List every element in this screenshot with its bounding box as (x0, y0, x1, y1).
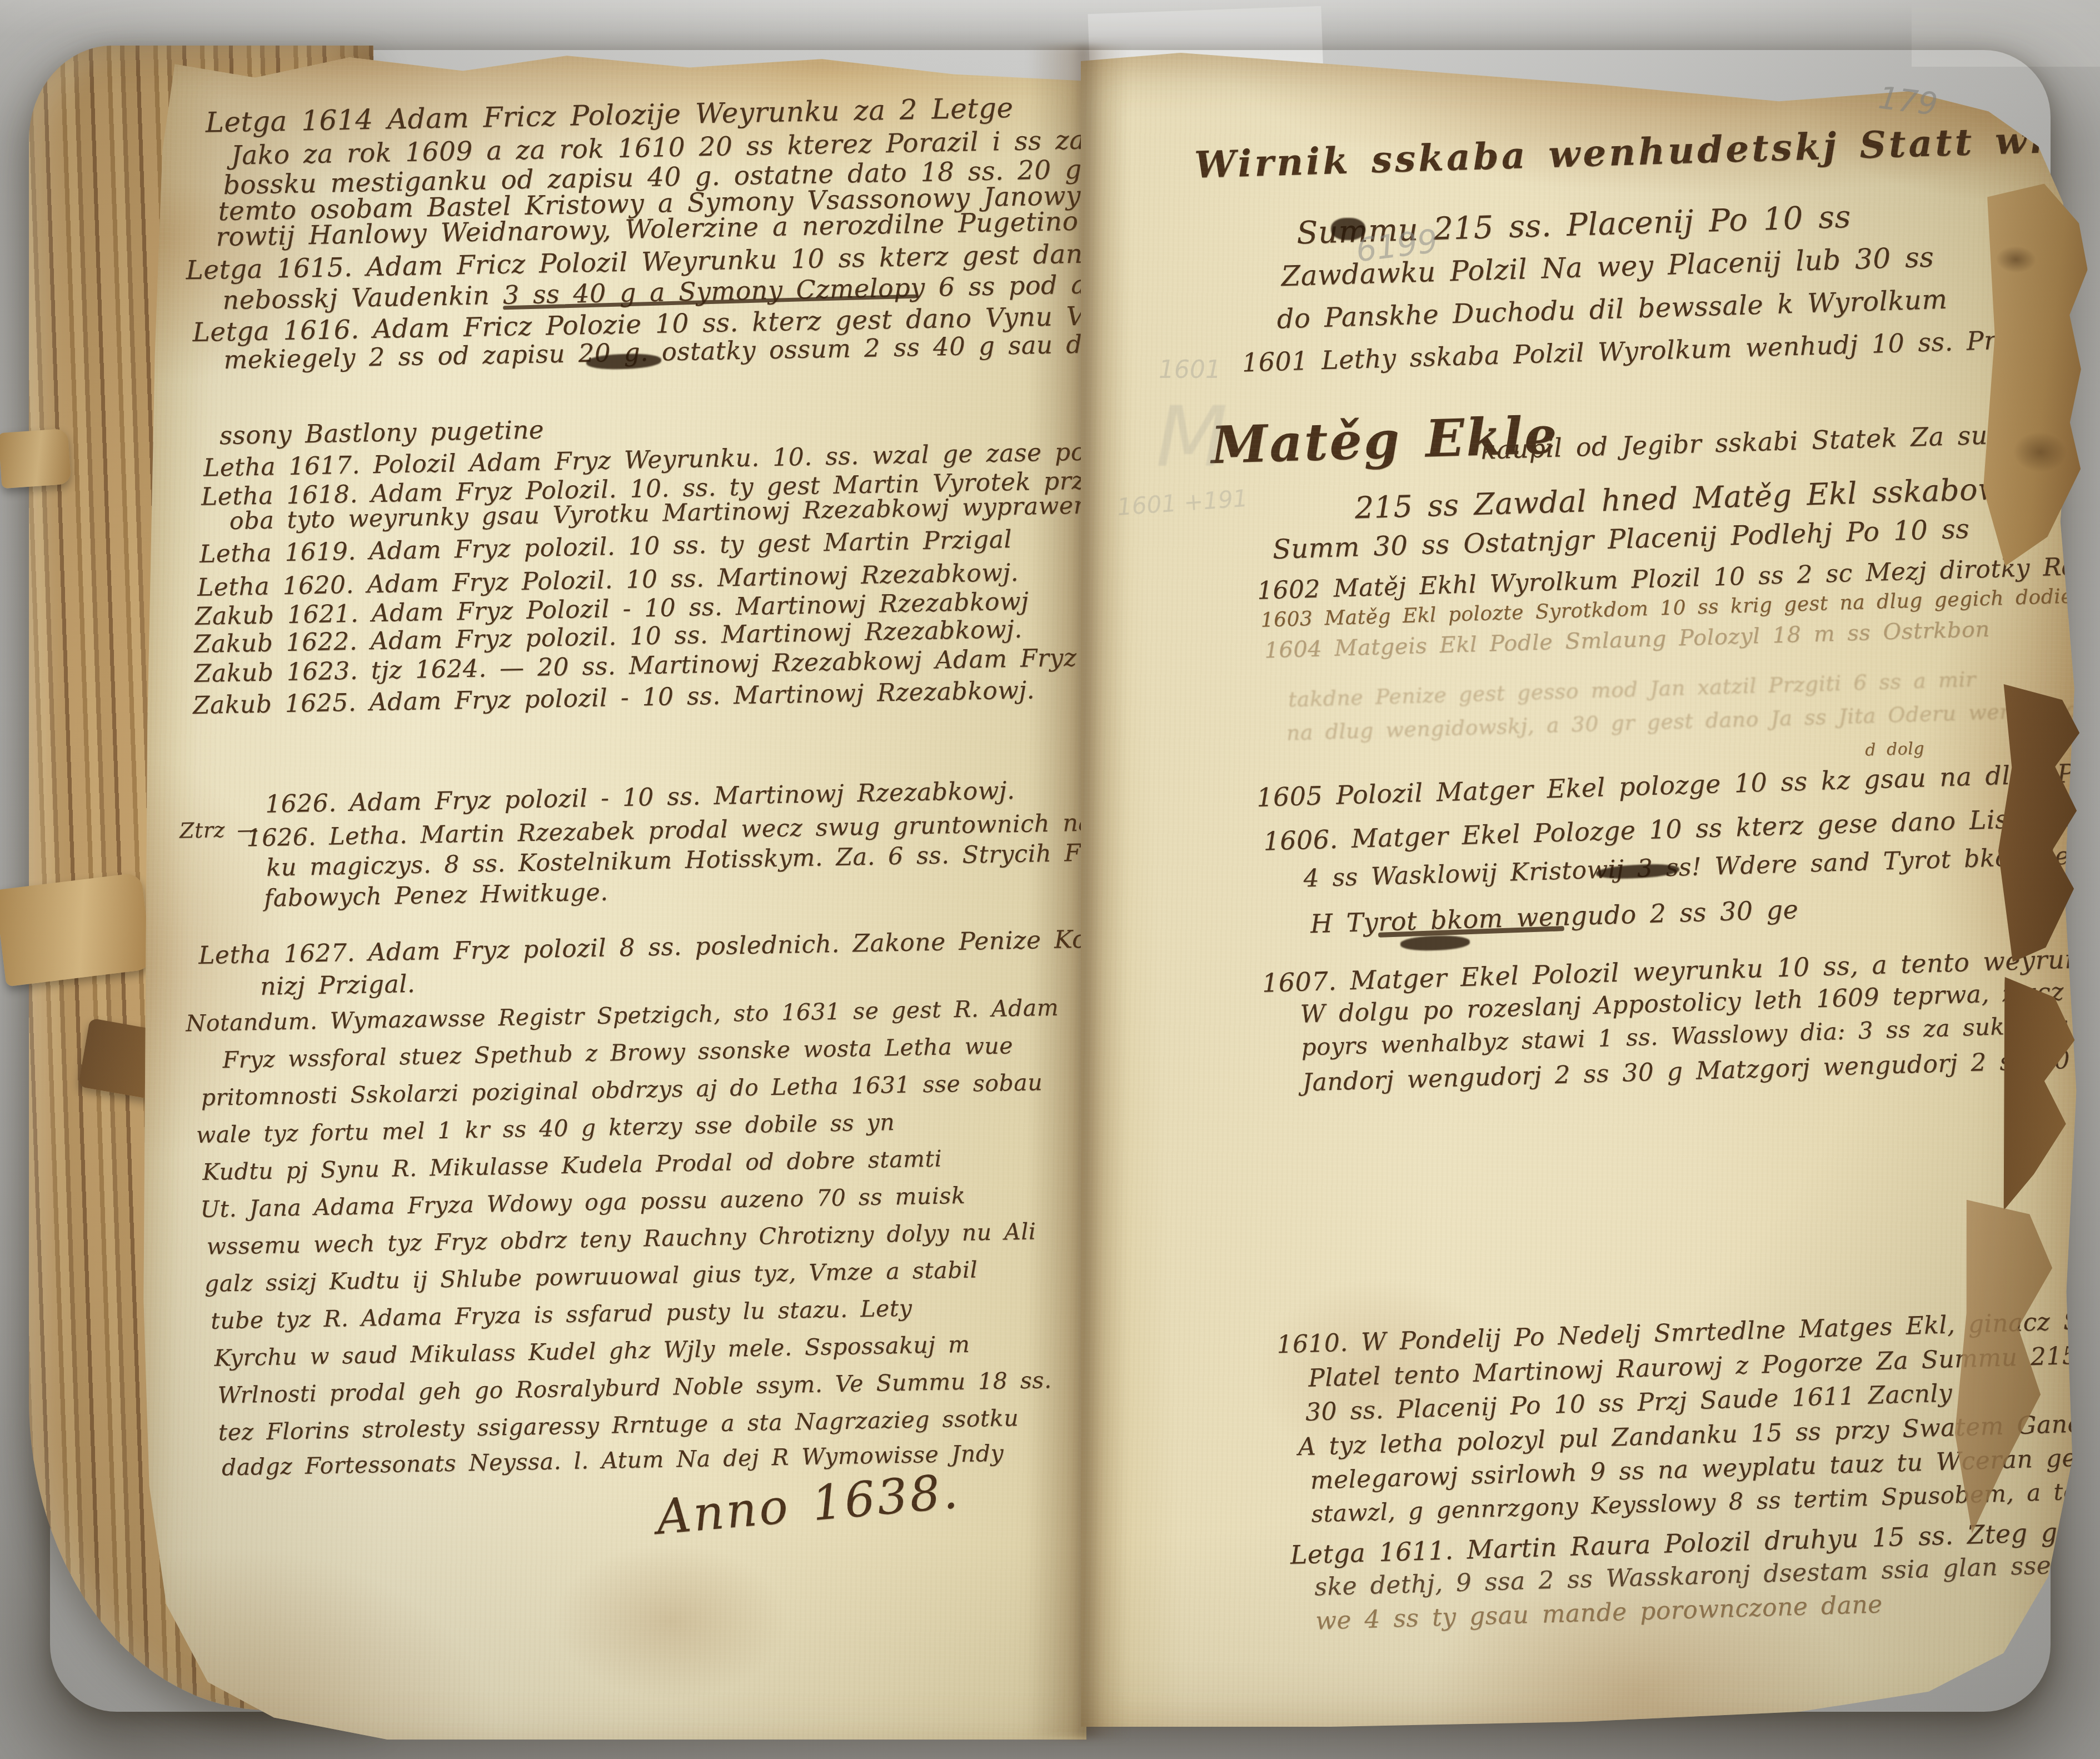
leather-tab (0, 873, 153, 987)
manuscript-line: ssony Bastlony pugetine (220, 415, 545, 450)
year-signature: Anno 1638. (654, 1463, 962, 1546)
interlinear-note: d dolg (1865, 739, 1925, 760)
manuscript-line: galz ssizj Kudtu ij Shlube powruuowal gi… (204, 1256, 978, 1297)
leather-tab (0, 428, 71, 489)
manuscript-line: 1605 Polozil Matger Ekel polozge 10 ss k… (1256, 755, 2100, 813)
torn-edge-fragment (1996, 683, 2084, 963)
manuscript-line: nizj Przigal. (260, 970, 416, 1001)
manuscript-line: pritomnosti Sskolarzi poziginal obdrzys … (201, 1069, 1042, 1111)
left-page-content: Letga 1614 Adam Fricz Polozije Weyrunku … (140, 34, 1115, 1742)
manuscript-line: tube tyz R. Adama Fryza is ssfarud pusty… (211, 1295, 912, 1334)
manuscript-line: Wrlnosti prodal geh go Rosralyburd Noble… (217, 1367, 1052, 1408)
manuscript-line: Letha 1627. Adam Fryz polozil 8 ss. posl… (198, 924, 1133, 970)
manuscript-line: Kyrchu w saud Mikulass Kudel ghz Wjly me… (214, 1331, 970, 1372)
margin-note: Ztrz — (179, 817, 259, 843)
manuscript-line: Kudtu pj Synu R. Mikulasse Kudela Prodal… (202, 1145, 942, 1185)
manuscript-line: Ut. Jana Adama Fryza Wdowy oga possu auz… (200, 1182, 966, 1223)
manuscript-line: kaupil od Jegibr sskabi Statek Za summ. (1480, 418, 2046, 465)
torn-edge-fragment (1974, 182, 2091, 569)
pencil-page-number: 179 (1876, 80, 1939, 123)
right-page: Wirnik sskaba wenhudetskj Statt wrgel Za… (1081, 53, 2078, 1727)
manuscript-line: wssemu wech tyz Fryz obdrz teny Rauchny … (206, 1218, 1036, 1260)
manuscript-line: fabowych Penez Hwitkuge. (264, 879, 608, 913)
book-gutter-shadow (1028, 46, 1128, 1738)
manuscript-line: Fryz wssforal stuez Spethub z Browy sson… (222, 1032, 1013, 1073)
right-page-content: Wirnik sskaba wenhudetskj Statt wrgel Za… (1078, 28, 2100, 1731)
manuscript-line: do Panskhe Duchodu dil bewssale k Wyrolk… (1276, 284, 1948, 335)
manuscript-line: wale tyz fortu mel 1 kr ss 40 g kterzy s… (196, 1109, 895, 1148)
section-heading: Wirnik sskaba wenhudetskj Statt wrgel Za (1194, 113, 2100, 187)
manuscript-line: Notandum. Wymazawsse Registr Spetzigch, … (186, 994, 1059, 1037)
pencil-scribble: M (1156, 389, 1228, 486)
manuscript-photo-scene: Letga 1614 Adam Fricz Polozije Weyrunku … (0, 0, 2100, 1759)
pencil-scribble: 1601 (1159, 356, 1221, 384)
manuscript-line: tez Florins strolesty ssigaressy Rrntuge… (218, 1404, 1019, 1446)
